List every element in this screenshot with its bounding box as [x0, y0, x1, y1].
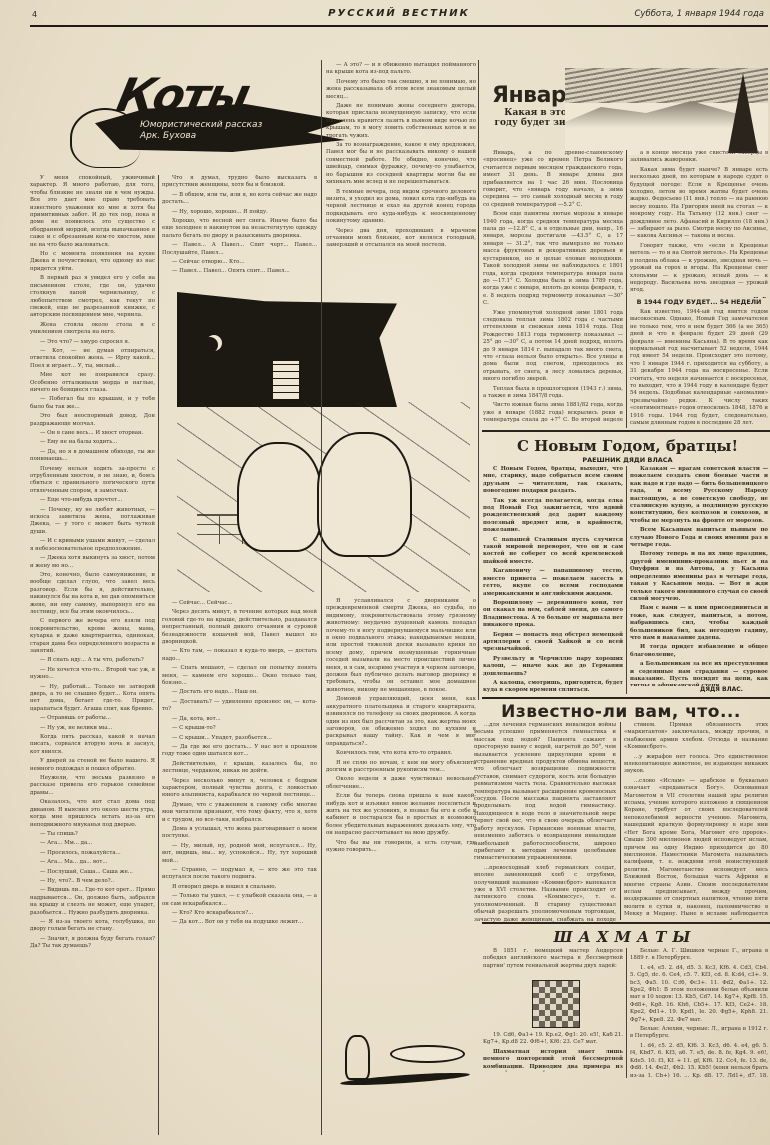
- running-cat-drawing: [390, 1045, 465, 1063]
- paragraph: Берия — попасть под обстрел немецкой арт…: [483, 632, 623, 654]
- column-divider: [321, 60, 322, 1135]
- chimney-drawing: [272, 360, 300, 400]
- newspaper-page: 4 РУССКИЙ ВЕСТНИК Суббота, 1 января 1944…: [0, 0, 770, 1145]
- masthead: 4 РУССКИЙ ВЕСТНИК Суббота, 1 января 1944…: [28, 8, 770, 22]
- paragraph: — Да кот... Вот он у тебя на подушке леж…: [162, 919, 317, 926]
- paragraph: — И с кривыми ушами живут, — сделал я не…: [30, 538, 155, 553]
- section-rule: [482, 430, 770, 432]
- paragraph: В 1851 г. немецкий мастер Андерсен побед…: [483, 948, 623, 970]
- yanvar-column-1: Январь, а по древне-славянскому «просине…: [483, 150, 623, 425]
- paragraph: Нам с вами — к ним присоединиться и тоже…: [630, 605, 768, 642]
- paragraph: Почему это было так смешно, я не понимаю…: [326, 79, 476, 101]
- paragraph: С Новым Годом, братцы, выходит, что мне,…: [483, 466, 623, 496]
- paragraph: Кончилось тем, что кота кто-то отравил.: [326, 750, 476, 757]
- paragraph: Неужели, что весьма развязно в рассказе …: [30, 775, 155, 797]
- paragraph: Оказалось, что кот стал дома под диваном…: [30, 799, 155, 829]
- paragraph: Думаю, что с уважением к самому себе мно…: [162, 802, 317, 824]
- paragraph: За то вознаграждение, какое я ему предло…: [326, 142, 476, 186]
- paragraph: Я не сплю по ночам, с кем ни могу объясн…: [326, 760, 476, 775]
- koty-column-3-bottom: Я уславливался с дворниками о преждеврем…: [326, 598, 476, 1023]
- new-year-subtitle: РАЕШНИК ДЯДИ ВЛАСА: [485, 456, 770, 464]
- koty-genre: Юмористический рассказ: [140, 120, 262, 131]
- paragraph: И тогда придет избавление и общее благов…: [630, 644, 768, 659]
- paragraph: — Ага... Мм... да...: [30, 840, 155, 847]
- chess-square: [573, 1021, 579, 1027]
- paragraph: Какая зима будет нынче? В январе есть не…: [630, 167, 768, 241]
- column-divider: [158, 175, 159, 1135]
- paragraph: — Видишь ли... Где-то кот орет... Прямо …: [30, 887, 155, 917]
- paragraph: Через несколько минут я, человек с бодры…: [162, 778, 317, 800]
- paragraph: ...слово «Ислам» — арабское и буквально …: [624, 778, 768, 920]
- masthead-rule: [30, 25, 768, 27]
- paragraph: Говорят также, что «если в Крещенье мете…: [630, 243, 768, 295]
- paragraph: В темные вечера, под видом срочного дело…: [326, 189, 476, 226]
- paragraph: Что я думал, трудно было высказать в при…: [162, 175, 317, 190]
- paragraph: Казакам — врагам советской власти — поже…: [630, 466, 768, 525]
- paragraph: — Ага... Ма... да... вот...: [30, 859, 155, 866]
- koty-column-2-top: Что я думал, трудно было высказать в при…: [162, 175, 317, 287]
- paragraph: Потому теперь и на их лице праздник, дру…: [630, 551, 768, 603]
- paragraph: Всем Касьянам напиться пьяным по случаю …: [630, 527, 768, 549]
- winter-landscape-illustration: [565, 68, 768, 155]
- paragraph: Домовой управляющий, ценя меня, как акку…: [326, 696, 476, 748]
- paragraph: Что бы вы ни говорили, а есть случаи, гд…: [326, 840, 476, 855]
- weeks-article: Как известно, 1944-ый год явится годом в…: [630, 309, 768, 429]
- chess-column-2: Белые: А. Г. Шишков черные Г., играна в …: [630, 948, 768, 1078]
- paragraph: Дома я услышал, что жена разговаривает о…: [162, 826, 317, 841]
- new-year-title: С Новым Годом, братцы!: [485, 437, 770, 455]
- paragraph: Действительно, с крыши, казалось бы, по …: [162, 761, 317, 776]
- paragraph: — Достать его надо... Наш он.: [162, 689, 317, 696]
- paragraph: — Джека хотя выкинуть за хвост, потом и …: [30, 555, 155, 570]
- paragraph: Январь, а по древне-славянскому «просине…: [483, 150, 623, 209]
- paragraph: — Спать мешают, — сделал он попытку поня…: [162, 665, 317, 687]
- paragraph: — Сейчас отворю... Кто...: [162, 259, 317, 266]
- paragraph: Мне кот не понравился сразу. Особенно от…: [30, 372, 155, 394]
- paragraph: Это был неоспоримый довод. Дон раздражаю…: [30, 413, 155, 428]
- chess-column-1: 19. Cd6, Фa1+ 19. Kp.e2, Фg1: 20. e5!, K…: [483, 1032, 623, 1072]
- koty-subtitle: Юмористический рассказ Арк. Бухова: [140, 120, 262, 142]
- paragraph: а в конце месяца уже свистели скворцы в …: [630, 150, 768, 165]
- section-rule: [482, 922, 770, 924]
- paragraph: — Это что? — хмуро спросил я.: [30, 339, 155, 346]
- paragraph: Даже не понимаю жены соседнего доктора, …: [326, 103, 476, 140]
- column-divider: [626, 466, 627, 694]
- paragraph: ...превосходный хлеб германских солдат, …: [474, 865, 616, 922]
- paragraph: Уже упомянутой холодной зиме 1801 года с…: [483, 310, 623, 384]
- issue-date: Суббота, 1 января 1944 года: [634, 9, 764, 19]
- moon-icon: [202, 337, 218, 353]
- column-divider: [626, 948, 627, 1078]
- koty-header: Коты Юмористический рассказ Арк. Бухова: [30, 68, 320, 173]
- paragraph: — Отравишь от работы...: [30, 715, 155, 722]
- paragraph: Кагановичу — папашиному тестю, вместо пр…: [483, 568, 623, 598]
- yanvar-column-2: а в конце месяца уже свистели скворцы в …: [630, 150, 768, 298]
- paragraph: — Ну, милый, ну, родной мой, испугался..…: [162, 843, 317, 865]
- paragraph: — Ты спишь?: [30, 831, 155, 838]
- koty-column-1: У меня спокойный, уживчивый характер. Я …: [30, 175, 155, 1135]
- paragraph: У меня спокойный, уживчивый характер. Я …: [30, 175, 155, 249]
- paragraph: Жена стояла около стола и с умилением см…: [30, 322, 155, 337]
- paragraph: ствием. Прямая обязанность этих «маркита…: [624, 722, 768, 752]
- paragraph: — С крыши... Упадет, разобьется...: [162, 735, 317, 742]
- paragraph: — Побегал бы по крышам, и у тебя было бы…: [30, 396, 155, 411]
- winter-sky: [565, 68, 768, 103]
- paragraph: 19. Cd6, Фa1+ 19. Kp.e2, Фg1: 20. e5!, K…: [483, 1032, 623, 1047]
- paragraph: Белые: Алехин, черные: Л., играна в 1912…: [630, 1026, 768, 1041]
- paragraph: Как известно, 1944-ый год явится годом в…: [630, 309, 768, 428]
- paragraph: — Павел... А Павел... Спит черт... Павел…: [162, 242, 317, 257]
- paragraph: — Ну, что?.. В чем дело?..: [30, 878, 155, 885]
- new-year-signature: ДЯДЯ ВЛАС.: [700, 686, 743, 693]
- paragraph: Ворошилову — деревянного коня, тот он ск…: [483, 600, 623, 630]
- paragraph: — Доставать? — удивленно произнес он, — …: [162, 699, 317, 714]
- new-year-column-2: Казакам — врагам советской власти — поже…: [630, 466, 768, 686]
- paragraph: Белые: А. Г. Шишков черные Г., играна в …: [630, 948, 768, 963]
- paragraph: — Просилось, пожалуйста...: [30, 850, 155, 857]
- paragraph: Рузвельту и Черчиллю пару хороших калош,…: [483, 656, 623, 678]
- paragraph: ...у жирафов нет голоса. Это единственно…: [624, 754, 768, 776]
- paragraph: — Только ты ушел, — с улыбкой сказала он…: [162, 893, 317, 908]
- paragraph: — Я из-за твоего кота, голубушка, по дво…: [30, 919, 155, 934]
- paragraph: — Павел... Павел... Опять спит... Павел.…: [162, 268, 317, 275]
- paragraph: Если бы теперь снова пришла к нам какой-…: [326, 793, 476, 837]
- koty-title: Коты: [112, 68, 253, 122]
- paragraph: Около недели я даже чувствовал невольное…: [326, 776, 476, 791]
- paragraph: Чисто южная была зима 1881/82 года, когд…: [483, 402, 623, 425]
- figure-man-left: [237, 442, 322, 552]
- paragraph: Через два дня, проходивших в мрачном отч…: [326, 228, 476, 250]
- new-year-column-1: С Новым Годом, братцы, выходит, что мне,…: [483, 466, 623, 694]
- paragraph: — А это? — и я обиженно вытащил пойманно…: [326, 62, 476, 77]
- paragraph: Это, конечно, было самоунижение, и вообщ…: [30, 572, 155, 616]
- chess-intro: В 1851 г. немецкий мастер Андерсен побед…: [483, 948, 623, 978]
- weeks-heading: В 1944 ГОДУ БУДЕТ... 54 НЕДЕЛИ: [630, 298, 768, 306]
- column-divider: [626, 150, 627, 428]
- paragraph: Хорошо, что весной нет снега. Иначе было…: [162, 218, 317, 240]
- man-and-cat-illustration: [335, 1030, 475, 1085]
- paragraph: А калоша, смотришь, пригодится, будет ку…: [483, 680, 623, 694]
- paragraph: Когда пять рассказ, какой я начал писать…: [30, 734, 155, 756]
- izvestno-column-1: ...для лечения германских инвалидов войн…: [474, 722, 616, 922]
- paragraph: — Сейчас... Сейчас...: [162, 600, 317, 607]
- paragraph: В первый раз я увидел его у себя на пись…: [30, 275, 155, 319]
- paragraph: — Странно, — подумал я, — кто же это так…: [162, 867, 317, 882]
- paragraph: 1. d4, c5. 2. d5, Kf6. 3. Kc3, d6. 4. e4…: [630, 1043, 768, 1078]
- izvestno-column-2: ствием. Прямая обязанность этих «маркита…: [624, 722, 768, 920]
- paragraph: — С крыши-то?: [162, 725, 317, 732]
- paragraph: Но с момента появления на кухне Джека я …: [30, 251, 155, 273]
- izvestno-title: Известно-ли вам, что...: [472, 702, 770, 722]
- paragraph: С папашей Сталиным пусть случится такой …: [483, 537, 623, 567]
- paragraph: Так уж всегда полагается, когда елка под…: [483, 498, 623, 535]
- paragraph: Я отворил дверь и вошел в спальню.: [162, 884, 317, 891]
- paragraph: — Значит, я должна буду бегать голая? Да…: [30, 936, 155, 951]
- paragraph: Всем еще памятны лютые морозы в январе 1…: [483, 211, 623, 307]
- paragraph: — Да, кота, вот...: [162, 716, 317, 723]
- paragraph: Почему нельзя ходить за-просто с отрубле…: [30, 466, 155, 496]
- paragraph: — Еще что-нибудь прочтет...: [30, 497, 155, 504]
- paragraph: — Я спать иду... А ты что, работать?: [30, 657, 155, 664]
- paragraph: У дверей за стеной не было нашего. Я нем…: [30, 758, 155, 773]
- paragraph: — Кто там, — показал я куда-то вверх, — …: [162, 648, 317, 663]
- paragraph: — Ну уж, не велики мы...: [30, 725, 155, 732]
- paragraph: — Ну, работай... Только не затворяй двер…: [30, 684, 155, 714]
- paragraph: — Кто? Кто вскарабкался?...: [162, 910, 317, 917]
- section-rule: [482, 697, 770, 699]
- koty-column-2-bottom: — Сейчас... Сейчас...Через десять минут,…: [162, 600, 317, 1135]
- paragraph: — Не хочется что-то... Второй час уж, я …: [30, 667, 155, 682]
- paragraph: — В общем, или ты, или я, но кота сейчас…: [162, 192, 317, 207]
- koty-author: Арк. Бухова: [140, 131, 262, 142]
- paragraph: — Да где же его достать... У нас вот в п…: [162, 744, 317, 759]
- rooftop-illustration: [177, 292, 470, 592]
- paragraph: — Да, но я в домашнем обиходе, ты же пон…: [30, 449, 155, 464]
- paragraph: ...для лечения германских инвалидов войн…: [474, 722, 616, 863]
- paragraph: — Кот, — не думая отпираться, ответила с…: [30, 348, 155, 370]
- paragraph: — Почему, ну не любят животных, — искоса…: [30, 507, 155, 537]
- koty-column-3: — А это? — и я обиженно вытащил пойманно…: [326, 62, 476, 287]
- paragraph: 1. e4, e5. 2. d4, d5. 3. Kc3, Kf6. 4. Cd…: [630, 965, 768, 1024]
- paragraph: Я уславливался с дворниками о преждеврем…: [326, 598, 476, 694]
- paragraph: С первого же вечера его взяли под покров…: [30, 618, 155, 655]
- paragraph: — Послушай, Саша... Саша же...: [30, 869, 155, 876]
- paragraph: Через десять минут, в течение которых на…: [162, 609, 317, 646]
- paragraph: — Ему не на балы ходить...: [30, 439, 155, 446]
- paragraph: Теплая была в прошлогодняя (1943 г.) зим…: [483, 386, 623, 401]
- column-divider: [478, 60, 479, 700]
- column-divider: [620, 722, 621, 920]
- man-drawing: [345, 1035, 370, 1080]
- paragraph: — Ну, хорошо, хорошо... Я пойду.: [162, 209, 317, 216]
- chess-diagram: [532, 980, 580, 1028]
- paragraph: Шахматная история знает лишь немного пов…: [483, 1049, 623, 1072]
- figure-man-right: [317, 432, 412, 557]
- paragraph: а Большевикам за все их преступления и с…: [630, 661, 768, 686]
- paragraph: — Он в сане весь... И хвост оторван.: [30, 430, 155, 437]
- chess-title: ШАХМАТЫ: [480, 928, 770, 946]
